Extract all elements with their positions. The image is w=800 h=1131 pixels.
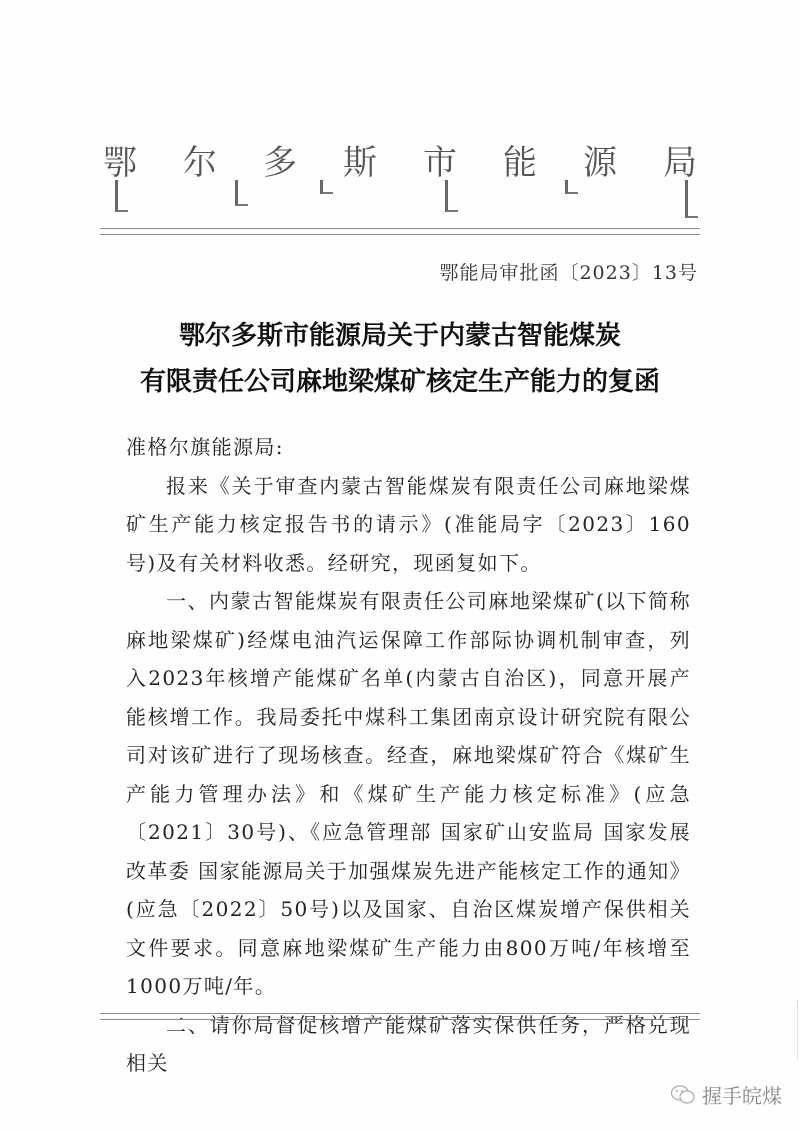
- letterhead: 鄂 尔 多 斯 市 能 源 局: [100, 135, 700, 175]
- mongolian-glyph: [685, 180, 698, 218]
- watermark-label: 握手皖煤: [702, 1080, 782, 1109]
- letterhead-char: 多: [260, 135, 300, 175]
- document-page: 鄂 尔 多 斯 市 能 源 局 鄂能局审批函〔2023〕13号 鄂尔多斯市能源局…: [0, 0, 800, 1131]
- salutation: 准格尔旗能源局:: [126, 428, 691, 467]
- wechat-icon: [670, 1084, 696, 1106]
- watermark: 握手皖煤: [670, 1080, 782, 1109]
- mongolian-glyph: [565, 180, 578, 194]
- mongolian-glyph: [235, 180, 248, 206]
- reference-number: 鄂能局审批函〔2023〕13号: [439, 258, 698, 285]
- document-title: 鄂尔多斯市能源局关于内蒙古智能煤炭 有限责任公司麻地梁煤矿核定生产能力的复函: [100, 313, 700, 405]
- letterhead-char: 市: [420, 135, 460, 175]
- document-body: 准格尔旗能源局: 报来《关于审查内蒙古智能煤炭有限责任公司麻地梁煤矿生产能力核定…: [126, 428, 691, 1083]
- mongolian-glyph: [445, 180, 458, 212]
- letterhead-char: 斯: [340, 135, 380, 175]
- letterhead-char: 能: [500, 135, 540, 175]
- letterhead-char: 局: [660, 135, 700, 175]
- mongolian-glyph: [320, 180, 333, 194]
- mongolian-script-line: [110, 180, 690, 218]
- title-line-1: 鄂尔多斯市能源局关于内蒙古智能煤炭: [100, 313, 700, 359]
- header-divider: [100, 228, 700, 235]
- mongolian-glyph: [115, 180, 128, 212]
- body-paragraph: 一、内蒙古智能煤炭有限责任公司麻地梁煤矿(以下简称麻地梁煤矿)经煤电油汽运保障工…: [126, 582, 691, 1006]
- letterhead-char: 尔: [180, 135, 220, 175]
- footer-divider: [100, 1013, 700, 1020]
- body-paragraph: 报来《关于审查内蒙古智能煤炭有限责任公司麻地梁煤矿生产能力核定报告书的请示》(准…: [126, 467, 691, 583]
- title-line-2: 有限责任公司麻地梁煤矿核定生产能力的复函: [100, 359, 700, 405]
- letterhead-char: 源: [580, 135, 620, 175]
- letterhead-char: 鄂: [100, 135, 140, 175]
- page-edge-mark: [796, 1000, 798, 1060]
